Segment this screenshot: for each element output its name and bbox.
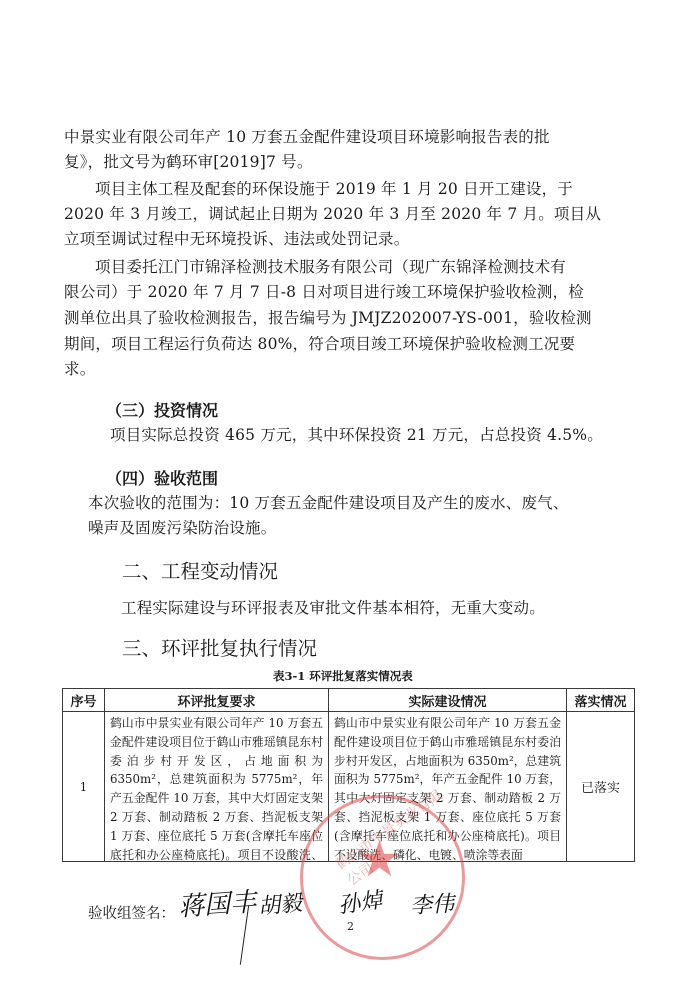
page-number: 2 [347, 920, 354, 933]
table-caption: 表3-1 环评批复落实情况表 [273, 668, 413, 684]
para3-line5: 求。 [64, 358, 95, 380]
row-status: 已落实 [567, 712, 635, 862]
signature-1: 蒋国丰 [177, 881, 257, 923]
row-requirement: 鹤山市中景实业有限公司年产 10 万套五金配件建设项目位于鹤山市雅瑶镇昆东村委泊… [105, 712, 329, 862]
section-scope-line2: 噪声及固废污染防治设施。 [88, 517, 276, 539]
signature-3: 孙焯 [336, 883, 384, 920]
para1-line1: 中景实业有限公司年产 10 万套五金配件建设项目环境影响报告表的批 [64, 126, 550, 148]
signature-label: 验收组签名： [88, 902, 175, 923]
chapter-approval-heading: 三、环评批复执行情况 [122, 633, 317, 661]
para1-line2: 复》，批文号为鹤环审[2019]7 号。 [64, 151, 313, 173]
row-requirement-text: 鹤山市中景实业有限公司年产 10 万套五金配件建设项目位于鹤山市雅瑶镇昆东村委泊… [110, 714, 323, 861]
section-scope-line1: 本次验收的范围为：10 万套五金配件建设项目及产生的废水、废气、 [88, 492, 569, 514]
chapter-changes-heading: 二、工程变动情况 [122, 556, 278, 584]
header-actual: 实际建设情况 [329, 689, 567, 712]
chapter-changes-text: 工程实际建设与环评报表及审批文件基本相符，无重大变动。 [121, 597, 545, 619]
header-status: 落实情况 [567, 689, 635, 712]
table-header-row: 序号 环评批复要求 实际建设情况 落实情况 [63, 689, 635, 712]
section-investment-heading: （三）投资情况 [106, 398, 218, 421]
para3-line3: 测单位出具了验收检测报告，报告编号为 JMJZ202007-YS-001，验收检… [64, 307, 592, 329]
para2-line2: 2020 年 3 月竣工，调试起止日期为 2020 年 3 月至 2020 年 … [64, 203, 601, 225]
row-no: 1 [63, 712, 105, 862]
para3-line4: 期间，项目工程运行负荷达 80%，符合项目竣工环境保护验收检测工况要 [64, 333, 575, 355]
para3-line1: 项目委托江门市锦泽检测技术服务有限公司（现广东锦泽检测技术有 [95, 256, 566, 278]
signature-4: 李伟 [409, 887, 455, 920]
para3-line2: 限公司）于 2020 年 7 月 7 日-8 日对项目进行竣工环境保护验收检测，… [64, 281, 584, 303]
header-requirement: 环评批复要求 [105, 689, 329, 712]
para2-line1: 项目主体工程及配套的环保设施于 2019 年 1 月 20 日开工建设，于 [95, 178, 573, 200]
section-investment-text: 项目实际总投资 465 万元，其中环保投资 21 万元，占总投资 4.5%。 [110, 424, 603, 446]
header-no: 序号 [63, 689, 105, 712]
section-scope-heading: （四）验收范围 [106, 466, 218, 489]
para2-line3: 立项至调试过程中无环境投诉、违法或处罚记录。 [64, 228, 409, 250]
signature-2: 胡毅 [257, 886, 304, 921]
company-seal-stamp: ★ 鹤山市中景实业有限公司 [300, 795, 465, 960]
